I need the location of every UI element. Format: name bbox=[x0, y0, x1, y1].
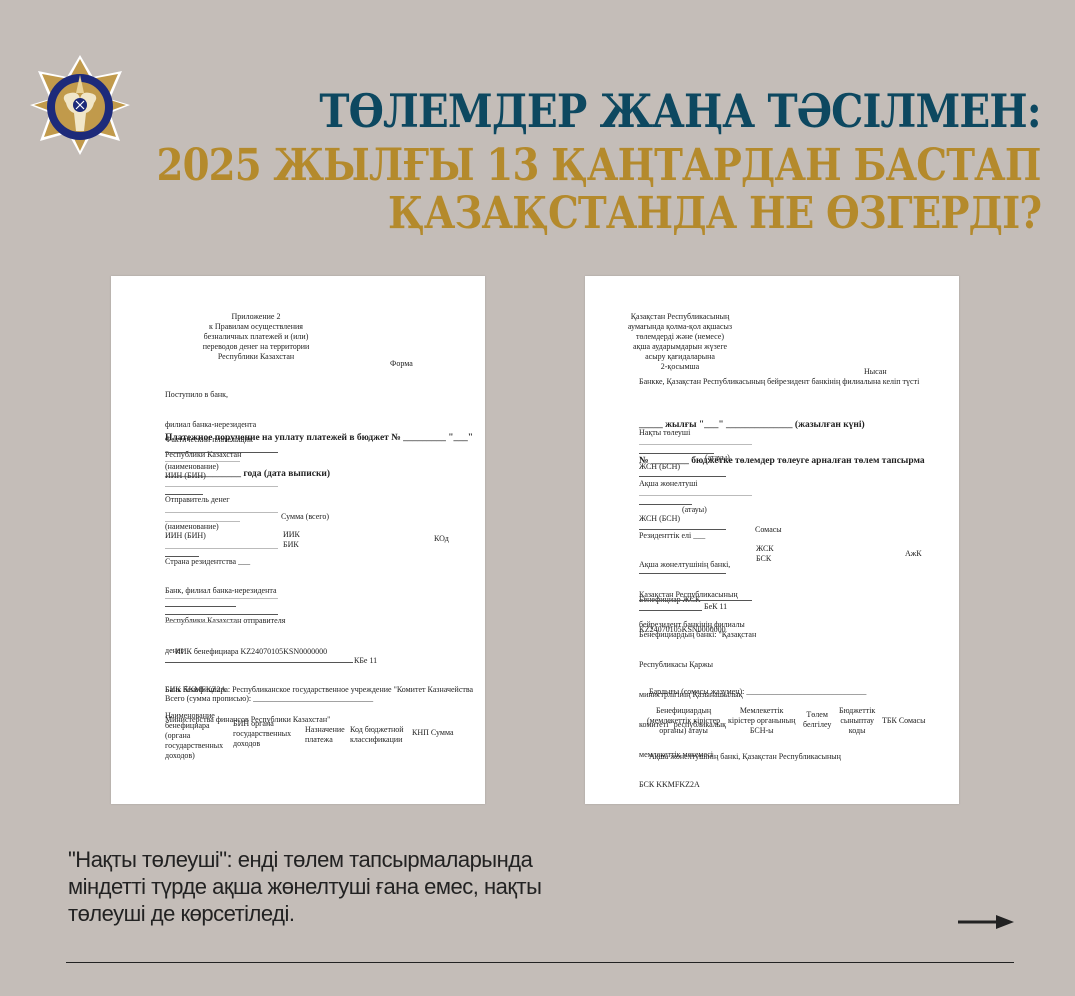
actual-payer-label: Фактический плательщик bbox=[165, 435, 253, 445]
actual-payer-label: Нақты төлеуші bbox=[639, 428, 690, 438]
arrow-right-icon[interactable] bbox=[958, 912, 1014, 932]
sender-label: Ақша жөнелтуші bbox=[639, 479, 698, 489]
title-line-3: ҚАЗАҚСТАНДА НЕ ӨЗГЕРДІ? bbox=[388, 188, 1041, 239]
form-label: Форма bbox=[390, 359, 413, 369]
caption-text: "Нақты төлеуші": енді төлем тапсырмалары… bbox=[68, 846, 588, 927]
received-in-bank: Банкке, Қазақстан Республикасының бейрез… bbox=[639, 377, 919, 387]
title-line-1: ТӨЛЕМДЕР ЖАҢА ТӘСІЛМЕН: bbox=[320, 84, 1041, 138]
emblem-icon bbox=[30, 55, 130, 155]
beneficiary-iik: ИИК бенефициара KZ24070105KSN0000000 bbox=[175, 647, 327, 657]
total-in-words: Всего (сумма прописью): ________________… bbox=[165, 694, 373, 704]
appendix-header: Приложение 2 к Правилам осуществления бе… bbox=[161, 312, 351, 362]
document-title: Платежное поручение на уплату платежей в… bbox=[165, 408, 473, 504]
state-revenue-committee-logo bbox=[30, 55, 130, 155]
payment-order-russian-document: Приложение 2 к Правилам осуществления бе… bbox=[111, 276, 485, 804]
title-line-2: 2025 ЖЫЛҒЫ 13 ҚАҢТАРДАН БАСТАП bbox=[157, 140, 1041, 191]
divider bbox=[66, 962, 1014, 963]
form-label: Нысан bbox=[864, 367, 887, 377]
appendix-header: Қазақстан Республикасының аумағында қолм… bbox=[615, 312, 745, 372]
total-in-words: Барлығы (сомасы жазумен): ______________… bbox=[649, 687, 866, 697]
sender-label: Отправитель денег bbox=[165, 495, 230, 505]
payment-order-kazakh-document: Қазақстан Республикасының аумағында қолм… bbox=[585, 276, 959, 804]
